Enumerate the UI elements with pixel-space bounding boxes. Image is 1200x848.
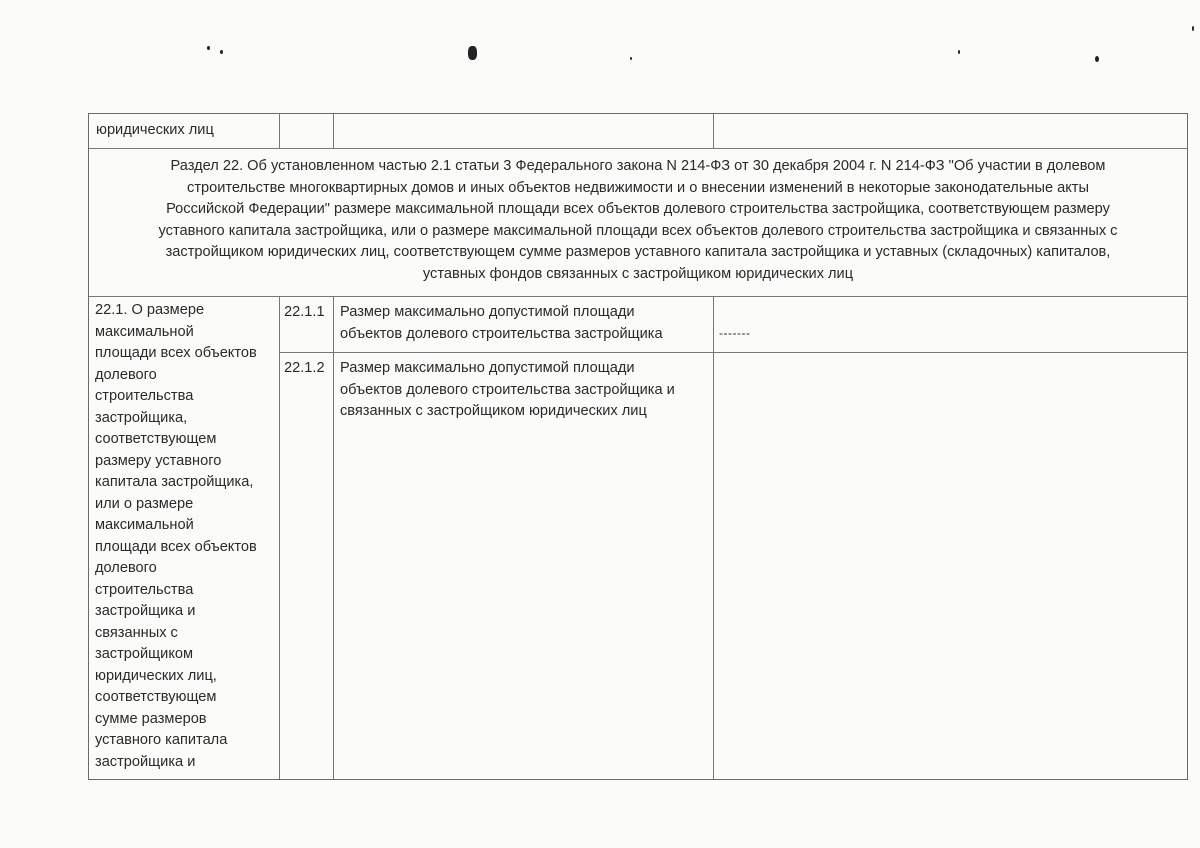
scan-speck bbox=[1192, 26, 1194, 31]
row-description: Размер максимально допустимой площади об… bbox=[340, 302, 663, 345]
disclosure-table: юридических лиц Раздел 22. Об установлен… bbox=[88, 113, 1188, 780]
scan-speck bbox=[958, 50, 960, 54]
section-line: уставного капитала застройщика, или о ра… bbox=[111, 221, 1165, 243]
scan-speck bbox=[630, 57, 632, 60]
section-22-header: Раздел 22. Об установленном частью 2.1 с… bbox=[89, 156, 1187, 285]
section-line: застройщиком юридических лиц, соответств… bbox=[111, 242, 1165, 264]
top-row-entity-label: юридических лиц bbox=[96, 120, 214, 142]
scan-speck bbox=[220, 50, 223, 54]
section-line: строительстве многоквартирных домов и ин… bbox=[111, 178, 1165, 200]
row-value: ------- bbox=[719, 323, 750, 345]
row-number: 22.1.1 bbox=[284, 302, 325, 324]
scan-speck bbox=[207, 46, 210, 50]
scan-speck bbox=[468, 46, 477, 60]
section-line: Российской Федерации" размере максимальн… bbox=[111, 199, 1165, 221]
group-22-1-description: 22.1. О размере максимальной площади все… bbox=[95, 300, 257, 773]
scan-speck bbox=[1095, 56, 1099, 62]
row-number: 22.1.2 bbox=[284, 358, 325, 380]
section-line: Раздел 22. Об установленном частью 2.1 с… bbox=[111, 156, 1165, 178]
row-description: Размер максимально допустимой площади об… bbox=[340, 358, 675, 423]
section-line: уставных фондов связанных с застройщиком… bbox=[111, 264, 1165, 286]
